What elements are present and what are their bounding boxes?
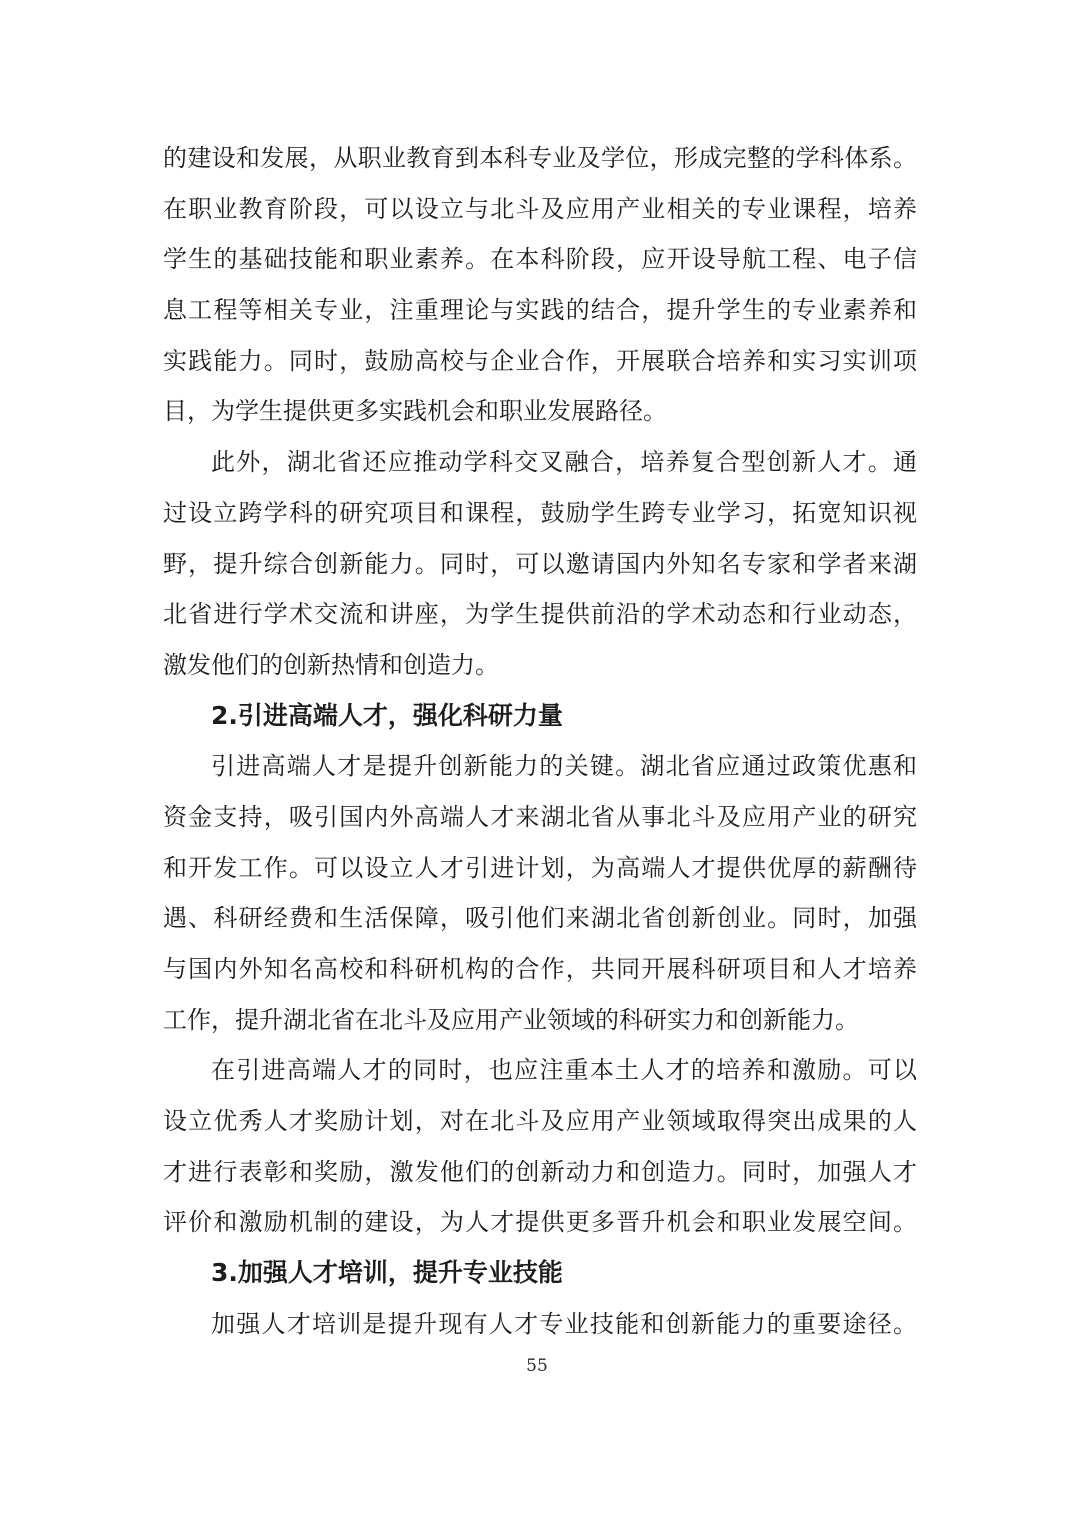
text-line: 评价和激励机制的建设，为人才提供更多晋升机会和职业发展空间。 (163, 1197, 917, 1248)
text-line: 设立优秀人才奖励计划，对在北斗及应用产业领域取得突出成果的人 (163, 1096, 917, 1147)
text-line: 资金支持，吸引国内外高端人才来湖北省从事北斗及应用产业的研究 (163, 792, 917, 843)
text-line: 息工程等相关专业，注重理论与实践的结合，提升学生的专业素养和 (163, 285, 917, 336)
text-line: 才进行表彰和奖励，激发他们的创新动力和创造力。同时，加强人才 (163, 1147, 917, 1198)
text-body: 的建设和发展，从职业教育到本科专业及学位，形成完整的学科体系。在职业教育阶段，可… (163, 133, 917, 1350)
text-line: 激发他们的创新热情和创造力。 (163, 640, 917, 691)
text-line: 的建设和发展，从职业教育到本科专业及学位，形成完整的学科体系。 (163, 133, 917, 184)
document-page: 的建设和发展，从职业教育到本科专业及学位，形成完整的学科体系。在职业教育阶段，可… (0, 0, 1074, 1520)
section-heading: 2.引进高端人才，强化科研力量 (163, 691, 917, 742)
text-line: 此外，湖北省还应推动学科交叉融合，培养复合型创新人才。通 (163, 437, 917, 488)
text-line: 野，提升综合创新能力。同时，可以邀请国内外知名专家和学者来湖 (163, 539, 917, 590)
text-line: 过设立跨学科的研究项目和课程，鼓励学生跨专业学习，拓宽知识视 (163, 488, 917, 539)
text-line: 工作，提升湖北省在北斗及应用产业领域的科研实力和创新能力。 (163, 995, 917, 1046)
text-line: 遇、科研经费和生活保障，吸引他们来湖北省创新创业。同时，加强 (163, 893, 917, 944)
text-line: 学生的基础技能和职业素养。在本科阶段，应开设导航工程、电子信 (163, 234, 917, 285)
text-line: 和开发工作。可以设立人才引进计划，为高端人才提供优厚的薪酬待 (163, 843, 917, 894)
text-line: 目，为学生提供更多实践机会和职业发展路径。 (163, 386, 917, 437)
page-number: 55 (526, 1356, 548, 1376)
text-line: 在职业教育阶段，可以设立与北斗及应用产业相关的专业课程，培养 (163, 184, 917, 235)
page-footer: 55 (0, 1356, 1074, 1376)
text-line: 北省进行学术交流和讲座，为学生提供前沿的学术动态和行业动态， (163, 589, 917, 640)
text-line: 在引进高端人才的同时，也应注重本土人才的培养和激励。可以 (163, 1045, 917, 1096)
section-heading: 3.加强人才培训，提升专业技能 (163, 1248, 917, 1299)
text-line: 加强人才培训是提升现有人才专业技能和创新能力的重要途径。 (163, 1299, 917, 1350)
text-line: 引进高端人才是提升创新能力的关键。湖北省应通过政策优惠和 (163, 741, 917, 792)
text-line: 实践能力。同时，鼓励高校与企业合作，开展联合培养和实习实训项 (163, 336, 917, 387)
text-line: 与国内外知名高校和科研机构的合作，共同开展科研项目和人才培养 (163, 944, 917, 995)
